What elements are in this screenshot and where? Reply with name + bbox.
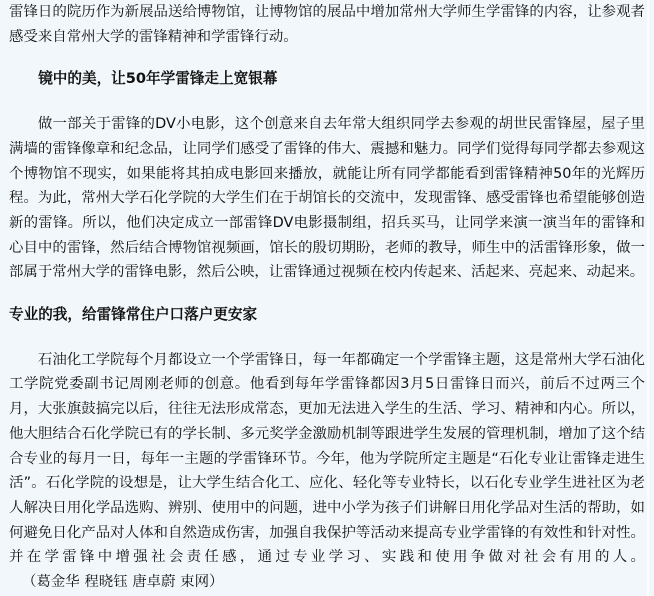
section-paragraph-professional: 石油化工学院每个月都设立一个学雷锋日，每一年都确定一个学雷锋主题，这是常州大学石… [9,348,645,595]
right-edge-divider [647,0,649,596]
byline: （葛金华 程晓钰 唐卓蔚 束网） [29,574,223,590]
paragraph-text: 石油化工学院每个月都设立一个学雷锋日，每一年都确定一个学雷锋主题，这是常州大学石… [9,352,645,566]
section-heading-movie: 镜中的美，让50年学雷锋走上宽银幕 [9,67,645,92]
section-heading-professional: 专业的我，给雷锋常住户口落户更安家 [9,303,645,328]
article-page: 雷锋日的院历作为新展品送给博物馆，让博物馆的展品中增加常州大学师生学雷锋的内容，… [0,0,654,596]
intro-paragraph: 雷锋日的院历作为新展品送给博物馆，让博物馆的展品中增加常州大学师生学雷锋的内容，… [9,0,645,49]
section-paragraph-movie: 做一部关于雷锋的DV小电影，这个创意来自去年常大组织同学去参观的胡世民雷锋屋，屋… [9,112,645,285]
